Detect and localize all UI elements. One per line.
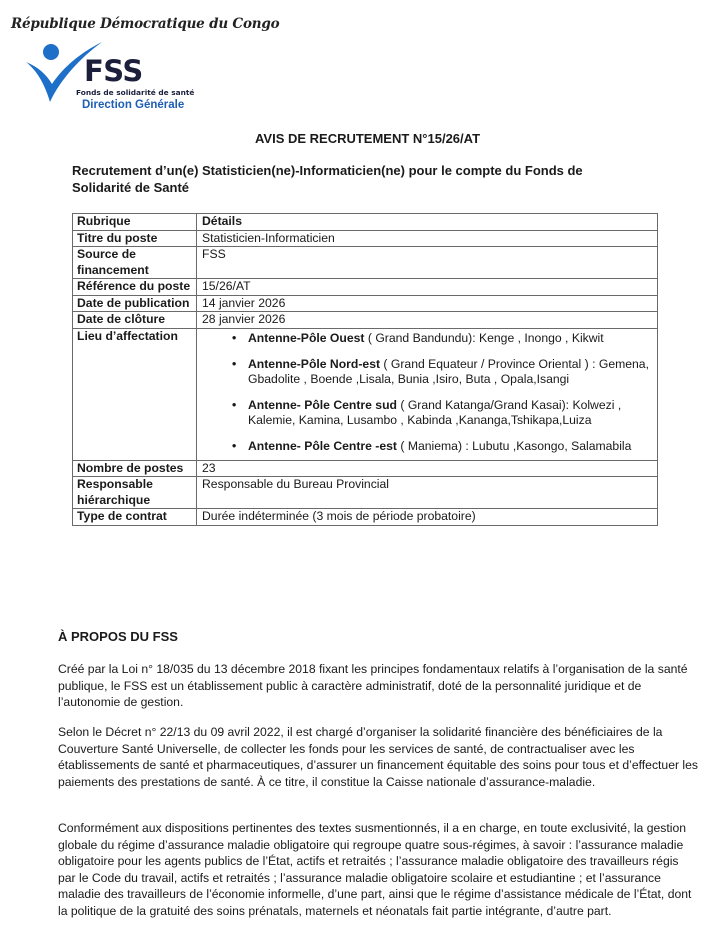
about-paragraph: Conformément aux dispositions pertinente… (58, 820, 698, 919)
row-label: Lieu d’affectation (73, 328, 197, 460)
row-value: Responsable du Bureau Provincial (197, 477, 658, 509)
notice-title: AVIS DE RECRUTEMENT N°15/26/AT (0, 131, 711, 146)
row-value: FSS (197, 247, 658, 279)
pole-detail: ( Maniema) : Lubutu ,Kasongo, Salamabila (397, 439, 631, 453)
row-value: •Antenne-Pôle Ouest ( Grand Bandundu): K… (197, 328, 658, 460)
pole-name: Antenne- Pôle Centre -est (248, 439, 397, 453)
row-value: Statisticien-Informaticien (197, 230, 658, 247)
bullet-icon: • (232, 439, 236, 454)
bullet-icon: • (232, 398, 236, 413)
notice-subtitle: Recrutement d’un(e) Statisticien(ne)-Inf… (72, 162, 632, 196)
table-row: Type de contrat Durée indéterminée (3 mo… (73, 509, 658, 526)
logo-department: Direction Générale (82, 99, 184, 111)
table-row: Date de clôture 28 janvier 2026 (73, 312, 658, 329)
pole-detail: ( Grand Bandundu): Kenge , Inongo , Kikw… (364, 331, 603, 345)
row-value: 28 janvier 2026 (197, 312, 658, 329)
logo-acronym: FSS (84, 57, 143, 86)
table-row: Titre du poste Statisticien-Informaticie… (73, 230, 658, 247)
row-value: 14 janvier 2026 (197, 295, 658, 312)
row-value: 23 (197, 460, 658, 477)
bullet-icon: • (232, 357, 236, 372)
pole-name: Antenne-Pôle Ouest (248, 331, 364, 345)
table-header-row: Rubrique Détails (73, 214, 658, 231)
row-label: Date de publication (73, 295, 197, 312)
table-row: Responsable hiérarchique Responsable du … (73, 477, 658, 509)
list-item: •Antenne-Pôle Nord-est ( Grand Equateur … (202, 357, 653, 387)
table-row-lieu: Lieu d’affectation •Antenne-Pôle Ouest (… (73, 328, 658, 460)
about-heading: À PROPOS DU FSS (58, 629, 178, 644)
list-item: •Antenne- Pôle Centre -est ( Maniema) : … (202, 439, 653, 454)
row-label: Référence du poste (73, 279, 197, 296)
list-item: •Antenne-Pôle Ouest ( Grand Bandundu): K… (202, 331, 653, 346)
logo-full-name: Fonds de solidarité de santé (76, 88, 194, 97)
row-label: Responsable hiérarchique (73, 477, 197, 509)
row-value: 15/26/AT (197, 279, 658, 296)
table-row: Source de financement FSS (73, 247, 658, 279)
table-row: Date de publication 14 janvier 2026 (73, 295, 658, 312)
job-details-table: Rubrique Détails Titre du poste Statisti… (72, 213, 658, 526)
table-row: Référence du poste 15/26/AT (73, 279, 658, 296)
row-value: Durée indéterminée (3 mois de période pr… (197, 509, 658, 526)
pole-name: Antenne- Pôle Centre sud (248, 398, 397, 412)
pole-name: Antenne-Pôle Nord-est (248, 357, 380, 371)
row-label: Type de contrat (73, 509, 197, 526)
about-paragraph: Selon le Décret n° 22/13 du 09 avril 202… (58, 724, 698, 790)
about-paragraph: Créé par la Loi n° 18/035 du 13 décembre… (58, 661, 698, 711)
lieux-list: •Antenne-Pôle Ouest ( Grand Bandundu): K… (202, 329, 653, 460)
country-name: République Démocratique du Congo (11, 16, 279, 32)
table-row: Nombre de postes 23 (73, 460, 658, 477)
row-label: Date de clôture (73, 312, 197, 329)
table-header: Rubrique (73, 214, 197, 231)
bullet-icon: • (232, 331, 236, 346)
table-header: Détails (197, 214, 658, 231)
row-label: Titre du poste (73, 230, 197, 247)
row-label: Source de financement (73, 247, 197, 279)
row-label: Nombre de postes (73, 460, 197, 477)
list-item: •Antenne- Pôle Centre sud ( Grand Katang… (202, 398, 653, 428)
